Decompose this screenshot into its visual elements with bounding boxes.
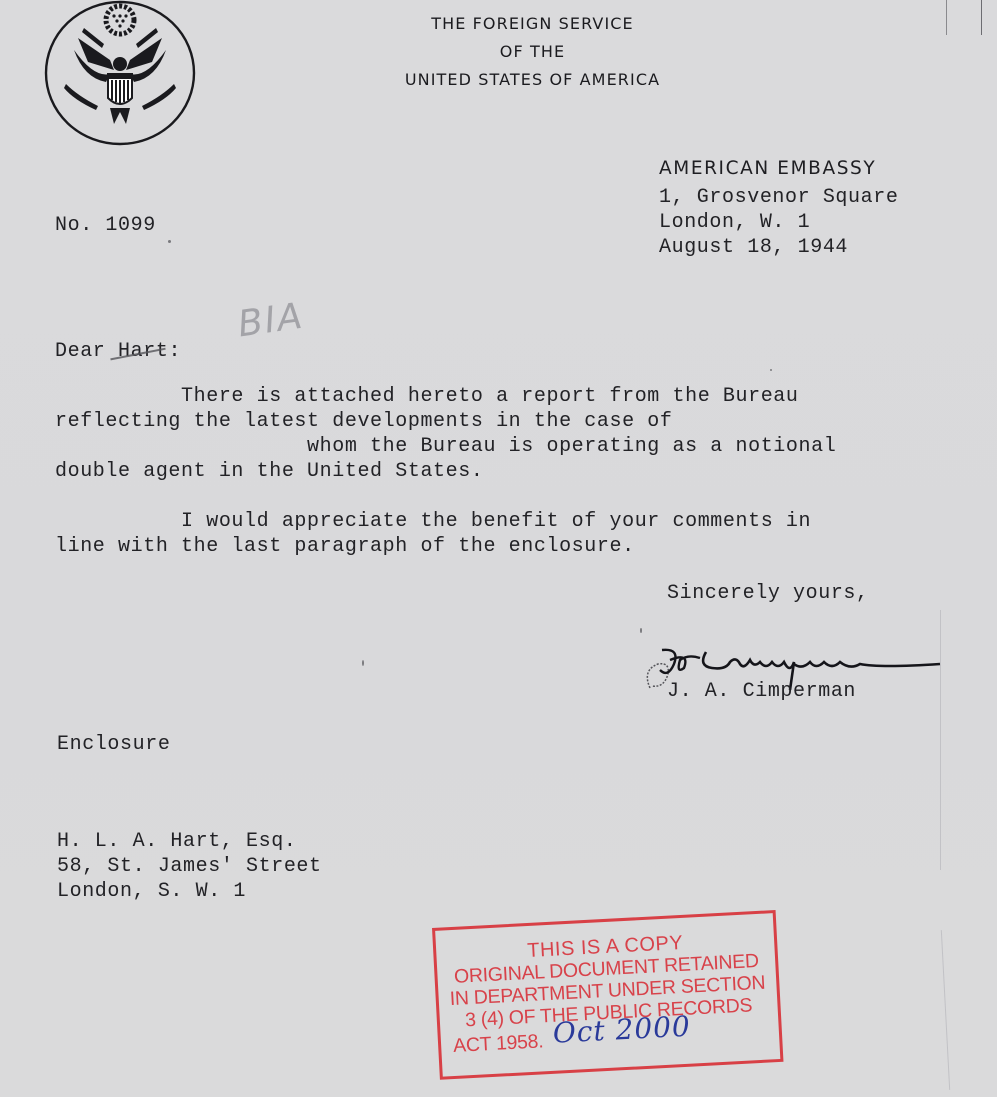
embassy-title: AMERICAN EMBASSY xyxy=(659,156,898,181)
signer-name: J. A. Cimperman xyxy=(667,680,856,703)
letter-date: August 18, 1944 xyxy=(659,235,898,260)
paper-mark xyxy=(981,0,982,35)
struck-name: Hart xyxy=(118,340,168,363)
letterhead-line: OF THE xyxy=(340,38,725,66)
address-line: 1, Grosvenor Square xyxy=(659,185,898,210)
sender-address-block: AMERICAN EMBASSY 1, Grosvenor Square Lon… xyxy=(659,156,898,260)
body-line: reflecting the latest developments in th… xyxy=(55,409,836,434)
salutation-suffix: : xyxy=(168,340,181,363)
paper-crease xyxy=(941,930,950,1090)
paper-speck xyxy=(640,628,642,633)
body-line: double agent in the United States. xyxy=(55,459,836,484)
reference-number: No. 1099 xyxy=(55,214,156,237)
letterhead: THE FOREIGN SERVICE OF THE UNITED STATES… xyxy=(340,10,725,94)
paper-mark xyxy=(946,0,947,35)
paper-speck xyxy=(770,369,772,371)
letterhead-line: UNITED STATES OF AMERICA xyxy=(340,66,725,94)
great-seal-eagle-icon xyxy=(44,0,196,146)
body-line: There is attached hereto a report from t… xyxy=(55,384,836,409)
addressee-line: 58, St. James' Street xyxy=(57,854,322,879)
handwritten-stamp-date: Oct 2000 xyxy=(552,1010,692,1050)
addressee-line: H. L. A. Hart, Esq. xyxy=(57,829,322,854)
enclosure-label: Enclosure xyxy=(57,733,170,756)
addressee-line: London, S. W. 1 xyxy=(57,879,322,904)
address-line: London, W. 1 xyxy=(659,210,898,235)
stamp-act-text: ACT 1958. xyxy=(453,1030,544,1057)
handwritten-annotation: BIA xyxy=(235,296,306,346)
body-line: whom the Bureau is operating as a notion… xyxy=(55,434,836,459)
salutation-prefix: Dear xyxy=(55,340,118,363)
salutation: Dear Hart: xyxy=(55,340,181,363)
body-line: I would appreciate the benefit of your c… xyxy=(55,509,811,534)
addressee-block: H. L. A. Hart, Esq. 58, St. James' Stree… xyxy=(57,829,322,904)
paper-speck xyxy=(168,240,171,243)
body-line: line with the last paragraph of the encl… xyxy=(55,534,811,559)
body-paragraph: I would appreciate the benefit of your c… xyxy=(55,509,811,559)
body-paragraph: There is attached hereto a report from t… xyxy=(55,384,836,484)
paper-speck xyxy=(362,660,364,666)
document-page: THE FOREIGN SERVICE OF THE UNITED STATES… xyxy=(0,0,997,1097)
letterhead-line: THE FOREIGN SERVICE xyxy=(340,10,725,38)
closing: Sincerely yours, xyxy=(667,582,869,605)
public-records-stamp: THIS IS A COPY ORIGINAL DOCUMENT RETAINE… xyxy=(432,910,783,1080)
